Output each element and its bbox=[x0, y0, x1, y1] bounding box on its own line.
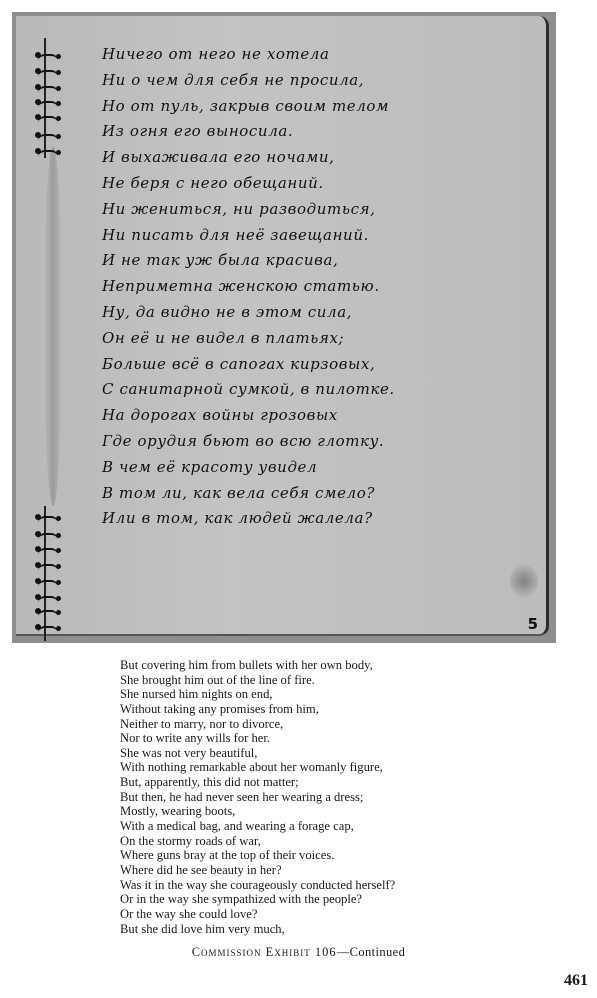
spiral-ring-icon bbox=[38, 116, 58, 123]
handwritten-line: И не так уж была красива, bbox=[102, 248, 542, 274]
exhibit-suffix: —Continued bbox=[337, 945, 406, 959]
handwritten-line: Ни писать для неё завещаний. bbox=[102, 223, 542, 249]
spiral-binding-bottom bbox=[32, 506, 62, 641]
translation-line: On the stormy roads of war, bbox=[120, 834, 395, 849]
spiral-ring-icon bbox=[38, 134, 58, 141]
handwritten-line: Ну, да видно не в этом сила, bbox=[102, 300, 542, 326]
notebook-photo: Ничего от него не хотела Ни о чем для се… bbox=[12, 12, 556, 643]
page-number: 461 bbox=[564, 972, 588, 990]
spiral-ring-icon bbox=[38, 580, 58, 587]
sheet-number: 5 bbox=[528, 615, 538, 633]
translation-line: She brought him out of the line of fire. bbox=[120, 673, 395, 688]
spiral-ring-icon bbox=[38, 516, 58, 523]
translation-line: Without taking any promises from him, bbox=[120, 702, 395, 717]
handwritten-line: На дорогах войны грозовых bbox=[102, 403, 542, 429]
spiral-spine bbox=[44, 506, 46, 641]
ink-stain bbox=[510, 564, 538, 598]
spiral-ring-icon bbox=[38, 564, 58, 571]
translation-text: But covering him from bullets with her o… bbox=[120, 658, 395, 936]
handwritten-line: И выхаживала его ночами, bbox=[102, 145, 542, 171]
translation-line: But she did love him very much, bbox=[120, 922, 395, 937]
handwritten-line: Больше всё в сапогах кирзовых, bbox=[102, 352, 542, 378]
spiral-ring-icon bbox=[38, 101, 58, 108]
exhibit-label: Commission Exhibit 106 bbox=[192, 945, 337, 959]
handwritten-line: Неприметна женскою статью. bbox=[102, 274, 542, 300]
translation-line: But covering him from bullets with her o… bbox=[120, 658, 395, 673]
handwritten-line: Или в том, как людей жалела? bbox=[102, 506, 542, 532]
handwritten-line: Ни жениться, ни разводиться, bbox=[102, 197, 542, 223]
handwritten-line: Не беря с него обещаний. bbox=[102, 171, 542, 197]
translation-line: But then, he had never seen her wearing … bbox=[120, 790, 395, 805]
translation-line: Where did he see beauty in her? bbox=[120, 863, 395, 878]
translation-line: Mostly, wearing boots, bbox=[120, 804, 395, 819]
translation-line: Where guns bray at the top of their voic… bbox=[120, 848, 395, 863]
spiral-ring-icon bbox=[38, 548, 58, 555]
translation-line: She nursed him nights on end, bbox=[120, 687, 395, 702]
spiral-ring-icon bbox=[38, 54, 58, 61]
spiral-ring-icon bbox=[38, 596, 58, 603]
spiral-ring-icon bbox=[38, 626, 58, 633]
translation-line: With nothing remarkable about her womanl… bbox=[120, 760, 395, 775]
translation-line: Neither to marry, nor to divorce, bbox=[120, 717, 395, 732]
exhibit-caption: Commission Exhibit 106—Continued bbox=[0, 945, 597, 960]
page-fold-shadow bbox=[44, 146, 62, 506]
handwritten-line: Но от пуль, закрыв своим телом bbox=[102, 94, 542, 120]
handwritten-line: Ни о чем для себя не просила, bbox=[102, 68, 542, 94]
handwritten-line: С санитарной сумкой, в пилотке. bbox=[102, 377, 542, 403]
translation-line: Or the way she could love? bbox=[120, 907, 395, 922]
translation-line: Nor to write any wills for her. bbox=[120, 731, 395, 746]
translation-line: With a medical bag, and wearing a forage… bbox=[120, 819, 395, 834]
handwritten-poem: Ничего от него не хотела Ни о чем для се… bbox=[102, 42, 542, 532]
spiral-binding-top bbox=[32, 38, 62, 158]
spiral-ring-icon bbox=[38, 533, 58, 540]
handwritten-line: Где орудия бьют во всю глотку. bbox=[102, 429, 542, 455]
spiral-ring-icon bbox=[38, 86, 58, 93]
translation-line: Or in the way she sympathized with the p… bbox=[120, 892, 395, 907]
translation-line: Was it in the way she courageously condu… bbox=[120, 878, 395, 893]
handwritten-line: В чем её красоту увидел bbox=[102, 455, 542, 481]
translation-line: But, apparently, this did not matter; bbox=[120, 775, 395, 790]
handwritten-line: Из огня его выносила. bbox=[102, 119, 542, 145]
spiral-ring-icon bbox=[38, 610, 58, 617]
translation-line: She was not very beautiful, bbox=[120, 746, 395, 761]
handwritten-line: Он её и не видел в платьях; bbox=[102, 326, 542, 352]
spiral-ring-icon bbox=[38, 150, 58, 157]
handwritten-line: В том ли, как вела себя смело? bbox=[102, 481, 542, 507]
spiral-ring-icon bbox=[38, 70, 58, 77]
handwritten-line: Ничего от него не хотела bbox=[102, 42, 542, 68]
